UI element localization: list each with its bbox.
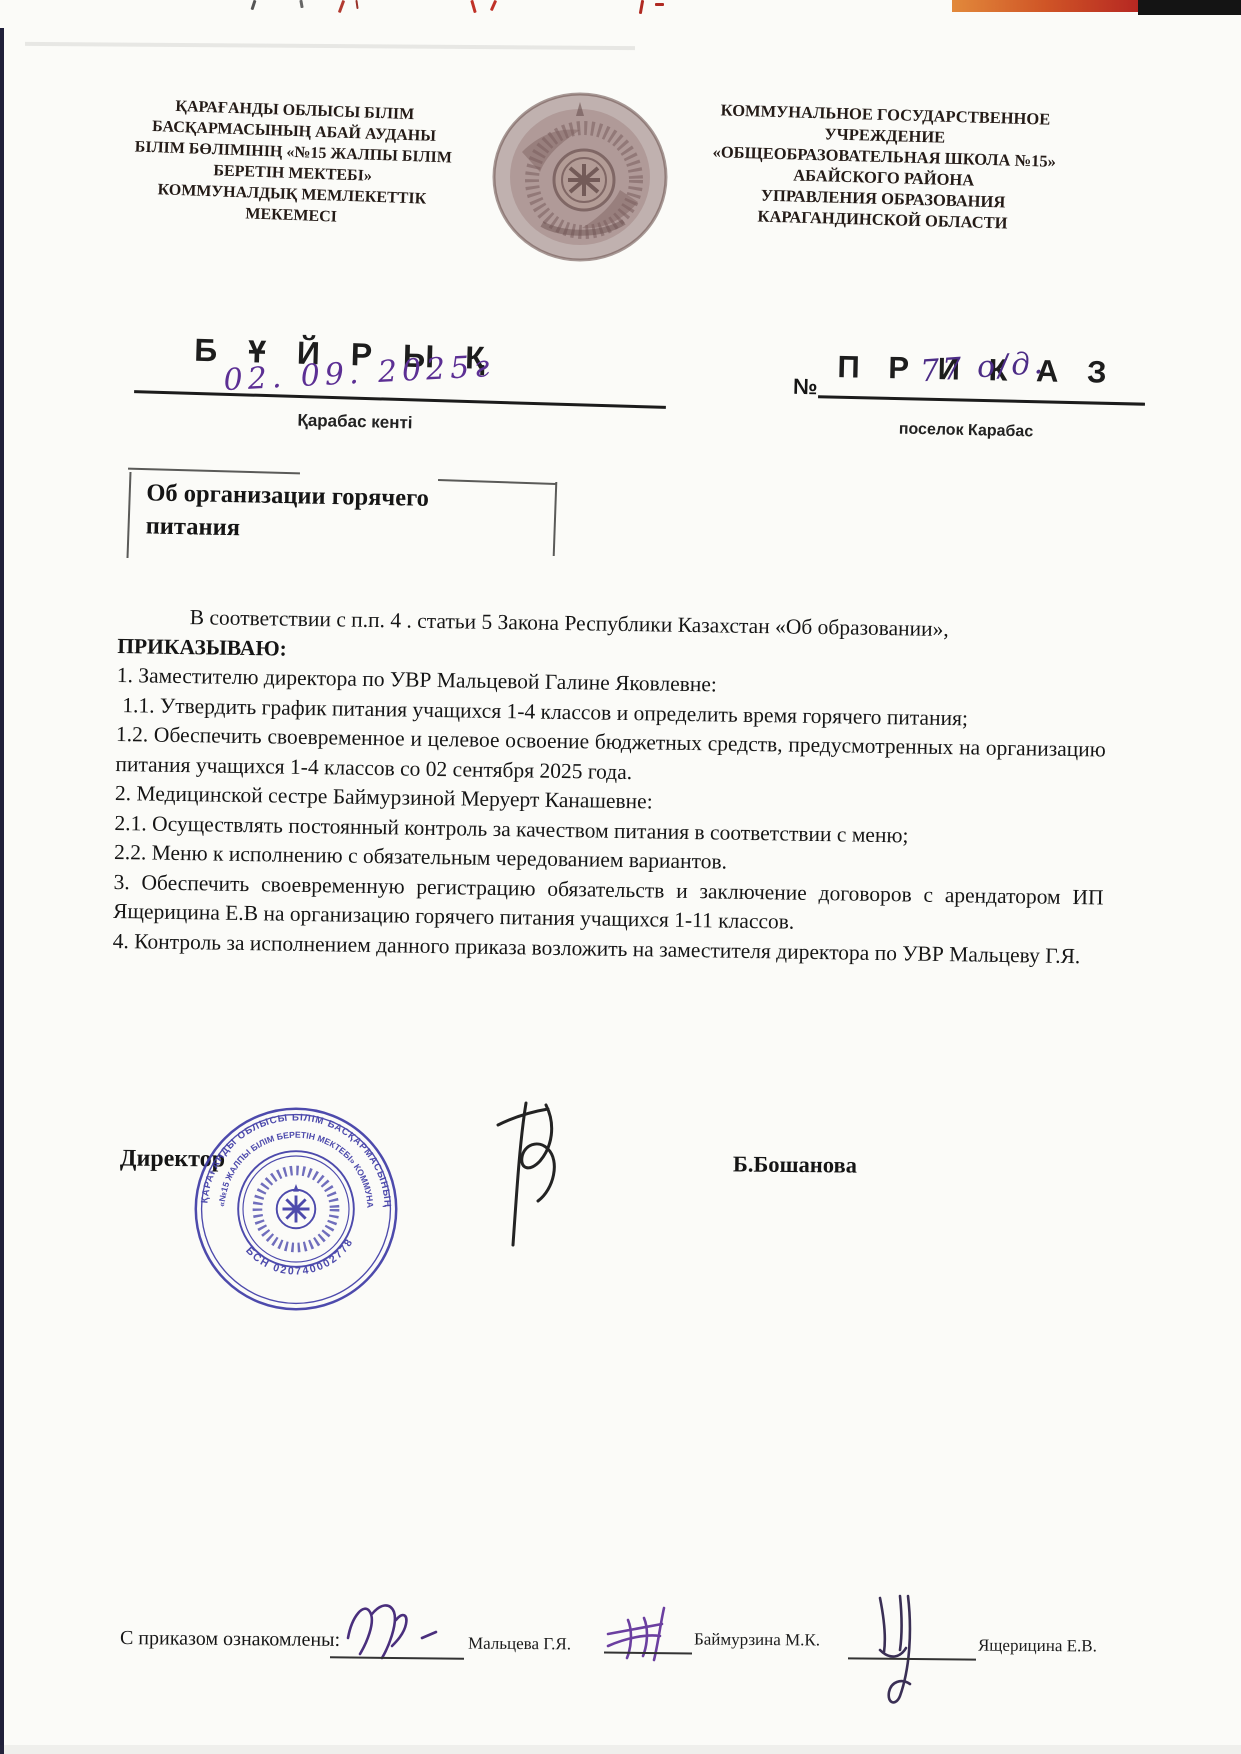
place-russian: поселок Карабас [866,420,1066,442]
round-school-stamp-icon: ҚАРАҒАНДЫ ОБЛЫСЫ БІЛІМ БАСҚАРМАСЫНЫҢ АБА… [190,1103,402,1320]
date-underline [134,390,666,408]
order-body: В соответствии с п.п. 4 . статьи 5 Закон… [112,602,1107,972]
scan-artifact-orange-band [952,0,1142,12]
subject-box-border [553,482,558,556]
ack-name-baimurzina: Баймурзина М.К. [694,1630,820,1651]
subject-box-border [126,472,131,558]
number-underline [818,395,1145,405]
ack-name-yashcheritsina: Ящерицина Е.В. [978,1636,1097,1657]
scan-artifact-left-edge [0,28,4,1754]
scan-mark [470,0,476,13]
stamp-bin-text: БСН 020740002778 [243,1236,356,1278]
subject-box-border [128,468,300,475]
scan-artifact-smudge [25,42,635,50]
scan-mark [338,0,345,13]
order-subject: Об организации горячего питания [145,476,518,549]
scan-mark [639,0,644,14]
svg-text:БСН 020740002778: БСН 020740002778 [243,1236,356,1278]
director-name: Б.Бошанова [733,1151,857,1178]
signature-baimurzina [600,1600,700,1670]
org-name-kazakh: ҚАРАҒАНДЫ ОБЛЫСЫ БІЛІМ БАСҚАРМАСЫНЫҢ АБА… [90,93,496,233]
scan-artifact-black-band [1138,0,1241,15]
scan-mark [251,0,257,10]
scan-mark [299,0,303,8]
scan-mark [355,0,358,9]
scan-mark [490,0,497,11]
place-kazakh: Қарабас кенті [255,410,455,435]
scanned-order-page: ҚАРАҒАНДЫ ОБЛЫСЫ БІЛІМ БАСҚАРМАСЫНЫҢ АБА… [0,0,1241,1754]
acknowledgement-label: С приказом ознакомлены: [120,1627,340,1652]
number-label: № [793,374,818,401]
scan-mark [655,3,664,6]
director-signature [468,1095,588,1255]
signature-yashcheritsina [860,1588,950,1713]
scan-artifact-bottom-shade [0,1745,1241,1754]
kazakhstan-coat-of-arms-icon [492,92,668,267]
ack-name-maltseva: Мальцева Г.Я. [468,1634,571,1655]
org-name-russian: КОММУНАЛЬНОЕ ГОСУДАРСТВЕННОЕ УЧРЕЖДЕНИЕ … [654,98,1113,237]
